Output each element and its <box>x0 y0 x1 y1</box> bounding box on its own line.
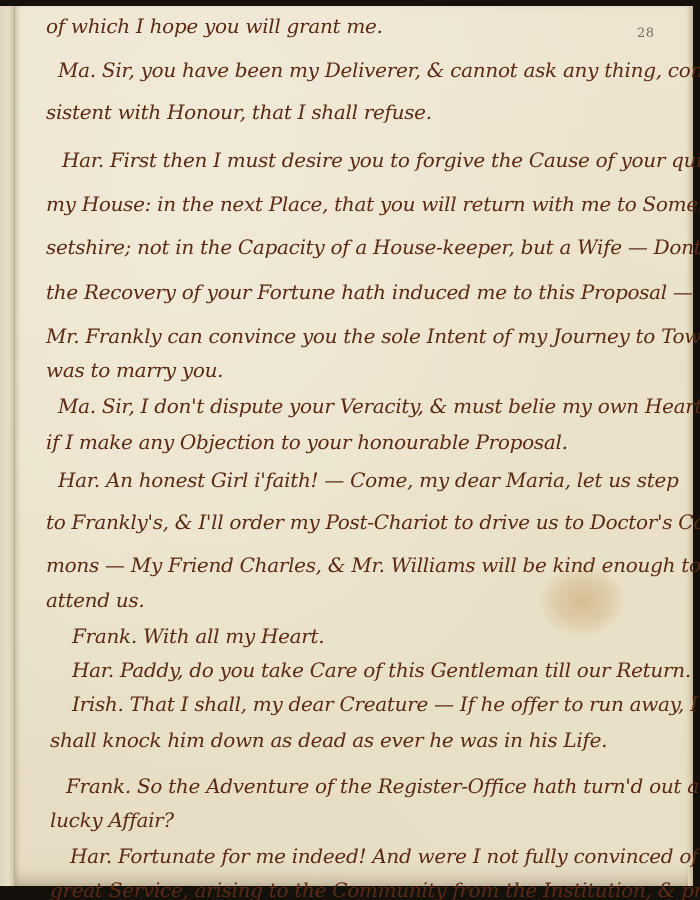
manuscript-line: sistent with Honour, that I shall refuse… <box>46 100 432 124</box>
line-text: lucky Affair? <box>50 808 174 832</box>
line-text: Sir, you have been my Deliverer, & canno… <box>96 58 700 82</box>
line-text: to Frankly's, & I'll order my Post-Chari… <box>46 510 700 534</box>
speaker-name: Ma. <box>58 58 96 82</box>
line-text: if I make any Objection to your honourab… <box>46 430 568 454</box>
line-text: my House: in the next Place, that you wi… <box>46 192 700 216</box>
line-text: was to marry you. <box>46 358 223 382</box>
manuscript-line: mons — My Friend Charles, & Mr. Williams… <box>46 553 700 577</box>
line-text: Paddy, do you take Care of this Gentlema… <box>114 658 691 682</box>
manuscript-line: setshire; not in the Capacity of a House… <box>46 235 700 259</box>
manuscript-line: was to marry you. <box>46 358 223 382</box>
line-text: So the Adventure of the Register-Office … <box>131 774 699 798</box>
manuscript-line: Ma. Sir, I don't dispute your Veracity, … <box>58 394 700 418</box>
manuscript-line: Frank. With all my Heart. <box>72 624 324 648</box>
page-gutter <box>0 6 15 886</box>
manuscript-line: of which I hope you will grant me. <box>46 14 383 38</box>
manuscript-line: Irish. That I shall, my dear Creature — … <box>72 692 698 716</box>
page-edge <box>688 6 693 886</box>
manuscript-line: Har. First then I must desire you to for… <box>62 148 700 172</box>
speaker-name: Frank. <box>66 774 131 798</box>
manuscript-line: Ma. Sir, you have been my Deliverer, & c… <box>58 58 700 82</box>
line-text: First then I must desire you to forgive … <box>104 148 700 172</box>
manuscript-line: Har. An honest Girl i'faith! — Come, my … <box>58 468 679 492</box>
speaker-name: Har. <box>70 844 112 868</box>
manuscript-line: Frank. So the Adventure of the Register-… <box>66 774 699 798</box>
line-text: With all my Heart. <box>137 624 324 648</box>
line-text: mons — My Friend Charles, & Mr. Williams… <box>46 553 700 577</box>
manuscript-line: great Service, arising to the Community … <box>50 878 700 900</box>
speaker-name: Ma. <box>58 394 96 418</box>
gutter-shadow <box>15 6 21 886</box>
line-text: setshire; not in the Capacity of a House… <box>46 235 700 259</box>
speaker-name: Har. <box>58 468 100 492</box>
line-text: the Recovery of your Fortune hath induce… <box>46 280 693 304</box>
manuscript-page: 28 of which I hope you will grant me.Ma.… <box>0 6 693 886</box>
folio-number: 28 <box>637 26 655 41</box>
manuscript-line: lucky Affair? <box>50 808 174 832</box>
manuscript-viewer: 28 of which I hope you will grant me.Ma.… <box>0 0 700 900</box>
manuscript-line: Har. Fortunate for me indeed! And were I… <box>70 844 700 868</box>
speaker-name: Har. <box>62 148 104 172</box>
line-text: attend us. <box>46 588 144 612</box>
manuscript-line: the Recovery of your Fortune hath induce… <box>46 280 693 304</box>
manuscript-line: Har. Paddy, do you take Care of this Gen… <box>72 658 691 682</box>
line-text: Sir, I don't dispute your Veracity, & mu… <box>96 394 700 418</box>
manuscript-line: shall knock him down as dead as ever he … <box>50 728 607 752</box>
speaker-name: Frank. <box>72 624 137 648</box>
manuscript-line: Mr. Frankly can convince you the sole In… <box>46 324 700 348</box>
manuscript-line: if I make any Objection to your honourab… <box>46 430 568 454</box>
line-text: of which I hope you will grant me. <box>46 14 383 38</box>
line-text: sistent with Honour, that I shall refuse… <box>46 100 432 124</box>
manuscript-line: my House: in the next Place, that you wi… <box>46 192 700 216</box>
line-text: That I shall, my dear Creature — If he o… <box>124 692 698 716</box>
line-text: Mr. Frankly can convince you the sole In… <box>46 324 700 348</box>
manuscript-line: to Frankly's, & I'll order my Post-Chari… <box>46 510 700 534</box>
line-text: An honest Girl i'faith! — Come, my dear … <box>100 468 679 492</box>
speaker-name: Irish. <box>72 692 124 716</box>
speaker-name: Har. <box>72 658 114 682</box>
line-text: great Service, arising to the Community … <box>50 878 700 900</box>
manuscript-line: attend us. <box>46 588 144 612</box>
line-text: shall knock him down as dead as ever he … <box>50 728 607 752</box>
line-text: Fortunate for me indeed! And were I not … <box>112 844 700 868</box>
